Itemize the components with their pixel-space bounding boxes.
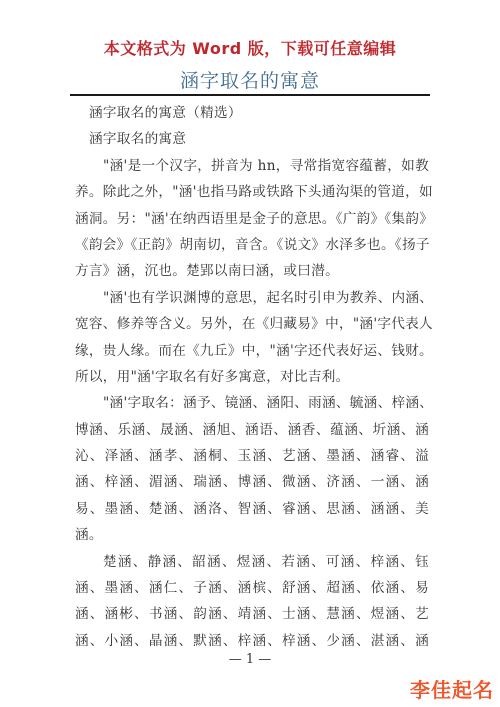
paragraph-line: 方言》涵，沉也。楚郢以南曰涵，或曰潜。	[75, 258, 429, 284]
paragraph-line: 易、墨涵、楚涵、涵洛、智涵、睿涵、思涵、涵涵、美	[75, 496, 429, 522]
paragraph-line: 涵、涵彬、书涵、韵涵、靖涵、士涵、慧涵、煜涵、艺	[75, 601, 429, 627]
paragraph-line: 《韵会》《正韵》胡南切，音含。《说文》水泽多也。《扬子	[75, 232, 429, 258]
paragraph-line: 养。除此之外，"涵'也指马路或铁路下头通沟渠的管道，如	[75, 179, 429, 205]
paragraph-line: 沁、泽涵、涵孝、涵桐、玉涵、艺涵、墨涵、涵睿、溢	[75, 443, 429, 469]
paragraph-line: 涵、小涵、晶涵、默涵、梓涵、梓涵、少涵、湛涵、涵	[75, 628, 429, 654]
title-divider	[70, 94, 430, 96]
paragraph-line: 博涵、乐涵、晟涵、涵旭、涵语、涵香、蕴涵、圻涵、涵	[75, 417, 429, 443]
format-notice-banner: 本文格式为 Word 版，下载可任意编辑	[0, 36, 500, 59]
document-title: 涵字取名的寓意	[0, 66, 500, 93]
paragraph-line: "涵'是一个汉字，拼音为 hn，寻常指宽容蕴蓄，如教	[75, 153, 429, 179]
paragraph-line: "涵'字取名：涵予、镜涵、涵阳、雨涵、毓涵、梓涵、	[75, 390, 429, 416]
paragraph-line: 所以，用"涵'字取名有好多寓意，对比吉利。	[75, 364, 429, 390]
paragraph-line: 宽容、修养等含义。另外，在《归藏易》中，"涵'字代表人	[75, 311, 429, 337]
paragraph-line: 楚涵、静涵、韶涵、煜涵、若涵、可涵、梓涵、钰	[75, 549, 429, 575]
brand-watermark: 李佳起名	[410, 674, 494, 703]
paragraph-line: 涵洞。另："涵'在纳西语里是金子的意思。《广韵》《集韵》	[75, 206, 429, 232]
paragraph-line: "涵'也有学识渊博的意思，起名时引申为教养、内涵、	[75, 285, 429, 311]
page-number: — 1 —	[0, 652, 500, 667]
paragraph-line: 缘，贵人缘。而在《九丘》中，"涵'字还代表好运、钱财。	[75, 338, 429, 364]
subtitle-line: 涵字取名的寓意（精选）	[75, 100, 429, 126]
document-body: 涵字取名的寓意（精选） 涵字取名的寓意 "涵'是一个汉字，拼音为 hn，寻常指宽…	[75, 100, 429, 654]
paragraph-line: 涵、墨涵、涵仁、子涵、涵槟、舒涵、超涵、依涵、易	[75, 575, 429, 601]
section-heading: 涵字取名的寓意	[75, 126, 429, 152]
paragraph-line: 涵。	[75, 522, 429, 548]
paragraph-line: 涵、梓涵、湄涵、瑞涵、博涵、微涵、济涵、一涵、涵	[75, 469, 429, 495]
